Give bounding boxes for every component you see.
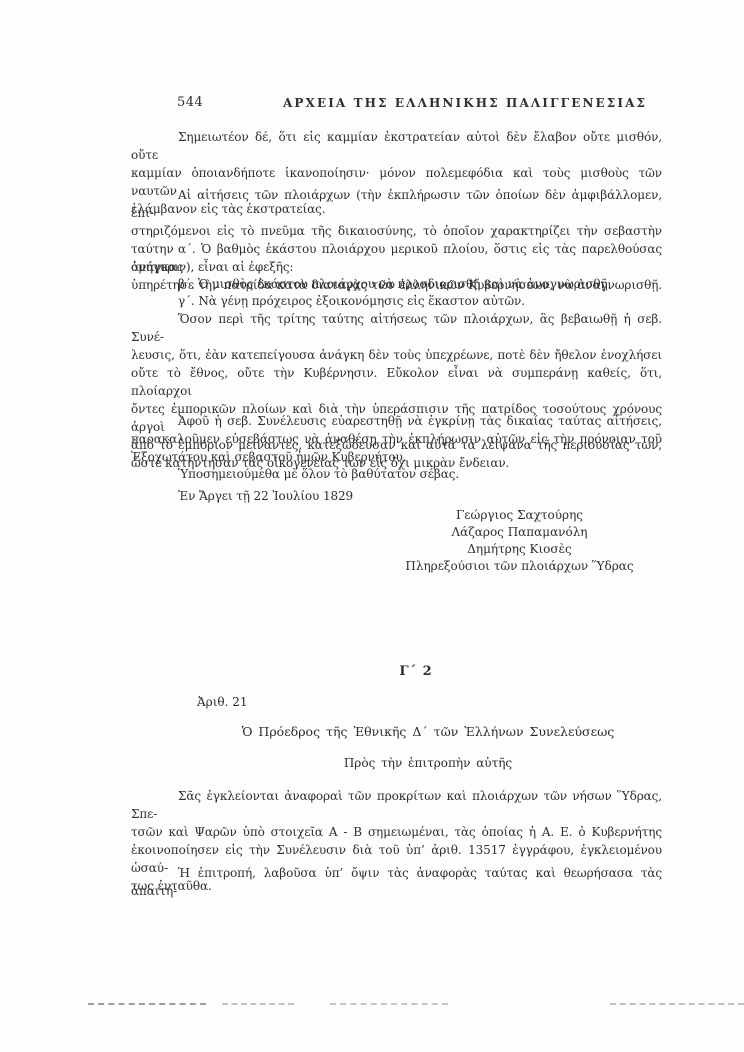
text-line: Πληρεξούσιοι τῶν πλοιάρχων Ὕδρας [403, 558, 636, 575]
text-line: Λάζαρος Παπαμανόλη [403, 524, 636, 541]
closing-line: Ὑποσημειούμεθα μὲ ὅλον τὸ βαθύτατον σέβα… [131, 465, 662, 483]
page-number: 544 [177, 95, 203, 110]
text-line: Ὅσον περὶ τῆς τρίτης ταύτης αἰτήσεως τῶν… [131, 310, 662, 346]
text-line: Δημήτρης Κιοσὲς [403, 541, 636, 558]
signature-block: Γεώργιος ΣαχτούρηςΛάζαρος ΠαπαμανόληΔημή… [403, 507, 636, 575]
text-line: Γεώργιος Σαχτούρης [403, 507, 636, 524]
document-heading: Ὁ Πρόεδρος τῆς Ἐθνικῆς Δ΄ τῶν Ἑλλήνων Συ… [100, 724, 744, 739]
scan-artifact-dashed-line [330, 1003, 448, 1005]
text-line: τσῶν καὶ Ψαρῶν ὑπὸ στοιχεῖα Α - Β σημειω… [131, 823, 662, 841]
dateline: Ἐν Ἄργει τῇ 22 Ἰουλίου 1829 [131, 487, 662, 505]
text-line: Ἡ ἐπιτροπή, λαβοῦσα ὑπ’ ὄψιν τὰς ἀναφορὰ… [131, 864, 662, 900]
text-line: λευσις, ὅτι, ἐὰν κατεπείγουσα ἀνάγκη δὲν… [131, 346, 662, 364]
text-line: Σημειωτέον δέ, ὅτι εἰς καμμίαν ἐκστρατεί… [131, 128, 662, 164]
text-line: Ἐξοχωτάτου καὶ σεβαστοῦ ἡμῶν Κυβερνήτου. [131, 448, 662, 466]
document-number: Ἀριθ. 21 [197, 695, 248, 709]
paragraph-committee-partial: Ἡ ἐπιτροπή, λαβοῦσα ὑπ’ ὄψιν τὰς ἀναφορὰ… [131, 864, 662, 900]
scanned-document-page: 544 ΑΡΧΕΙΑ ΤΗΣ ΕΛΛΗΝΙΚΗΣ ΠΑΛΙΓΓΕΝΕΣΙΑΣ Σ… [0, 0, 744, 1052]
text-line: Ἀφοῦ ἡ σεβ. Συνέλευσις εὐαρεστηθῇ νὰ ἐγκ… [131, 412, 662, 430]
section-label: Γ΄ 2 [88, 664, 744, 679]
text-line: Αἱ αἰτήσεις τῶν πλοιάρχων (τὴν ἐκπλήρωσι… [131, 186, 662, 222]
scan-artifact-dashed-line [610, 1003, 744, 1005]
text-line: Σᾶς ἐγκλείονται ἀναφοραὶ τῶν προκρίτων κ… [131, 787, 662, 823]
document-subheading: Πρὸς τὴν ἐπιτροπὴν αὐτῆς [100, 756, 744, 770]
running-header-title: ΑΡΧΕΙΑ ΤΗΣ ΕΛΛΗΝΙΚΗΣ ΠΑΛΙΓΓΕΝΕΣΙΑΣ [283, 96, 603, 110]
list-item-beta: β΄. Ὁ μισθὸς ἑκάστου πλοιάρχου νὰ προσδι… [131, 275, 662, 293]
paragraph-closing-request: Ἀφοῦ ἡ σεβ. Συνέλευσις εὐαρεστηθῇ νὰ ἐγκ… [131, 412, 662, 466]
scan-artifact-dashed-line [222, 1003, 294, 1005]
list-item-gamma: γ΄. Νὰ γένῃ πρόχειρος ἐξοικονόμησις εἰς … [131, 292, 662, 310]
text-line: α΄. Ὁ βαθμὸς ἑκάστου πλοιάρχου μερικοῦ π… [131, 240, 662, 276]
text-line: παρακαλοῦμεν εὐσεβάστως νὰ ἀναθέσῃ τὴν ἐ… [131, 430, 662, 448]
scan-artifact-dashed-line [88, 1003, 206, 1005]
text-line: οὔτε τὸ ἔθνος, οὔτε τὴν Κυβέρνησιν. Εὔκο… [131, 364, 662, 400]
